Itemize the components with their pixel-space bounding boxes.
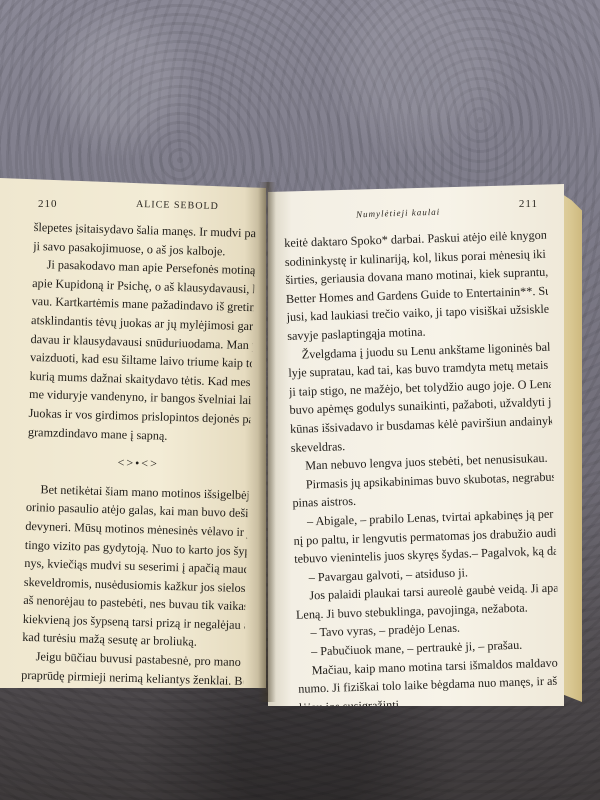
paragraph: keitė daktaro Spoko* darbai. Paskui atėj… (284, 226, 549, 346)
right-page: Numylėtieji kaulai 211 keitė daktaro Spo… (268, 184, 564, 706)
left-page: 210 ALICE SEBOLD šlepetes įsitaisydavo š… (0, 178, 266, 688)
page-number-right: 211 (519, 198, 538, 210)
paragraph: šlepetes įsitaisydavo šalia manęs. Ir mu… (33, 218, 256, 261)
left-page-text: šlepetes įsitaisydavo šalia manęs. Ir mu… (19, 218, 255, 688)
running-head-author: ALICE SEBOLD (136, 199, 219, 212)
section-ornament: <>•<> (27, 451, 249, 476)
paragraph: – Abigale, – prabilo Lenas, tvirtai apka… (293, 505, 557, 569)
page-number-left: 210 (38, 198, 58, 210)
open-book: 210 ALICE SEBOLD šlepetes įsitaisydavo š… (0, 172, 600, 732)
paragraph: Žvelgdama į juodu su Lenu ankštame ligon… (288, 337, 553, 457)
running-head-title: Numylėtieji kaulai (356, 207, 441, 220)
paragraph: Bet netikėtai šiam mano motinos išsigelb… (22, 480, 249, 653)
paragraph: Ji pasakodavo man apie Persefonės motiną… (28, 255, 255, 447)
right-page-text: keitė daktaro Spoko* darbai. Paskui atėj… (284, 226, 563, 706)
paragraph: Mačiau, kaip mano motina tarsi išmaldos … (297, 653, 561, 706)
spine-gutter (258, 182, 276, 702)
paragraph: Jeigu būčiau buvusi pastabesnė, pro mano… (19, 647, 244, 688)
